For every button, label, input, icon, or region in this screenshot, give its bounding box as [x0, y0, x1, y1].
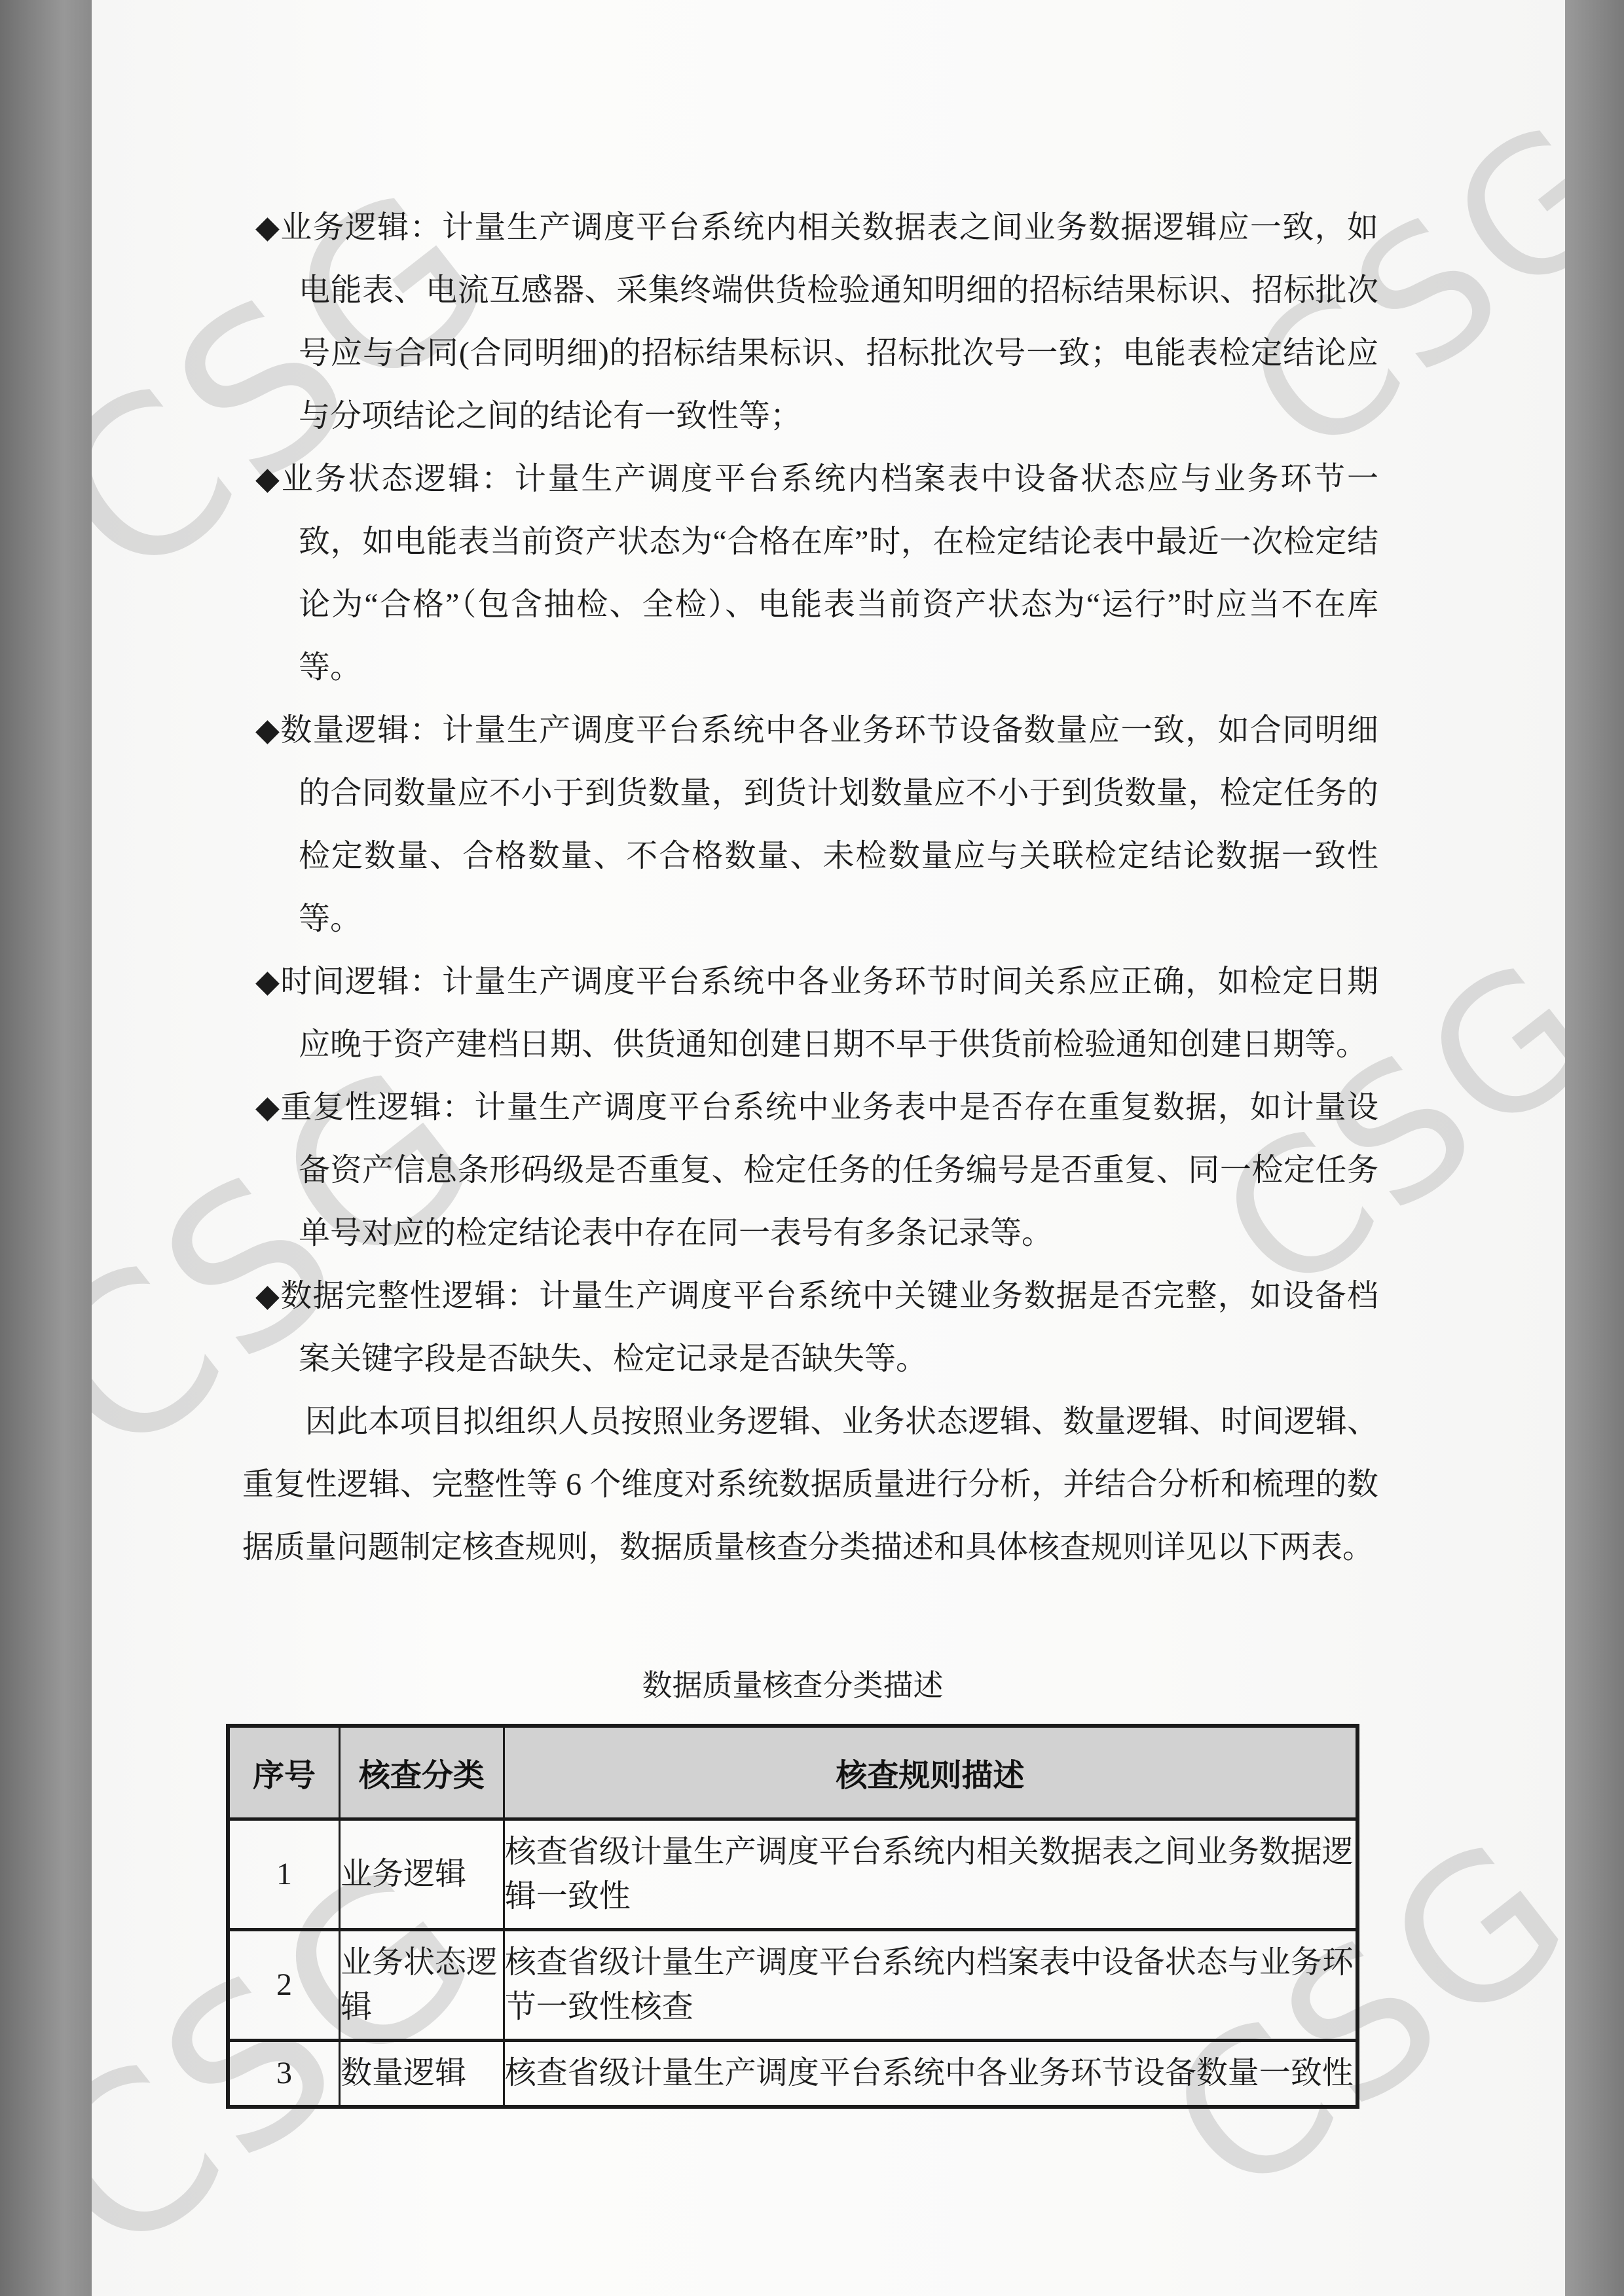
cell-description: 核查省级计量生产调度平台系统中各业务环节设备数量一致性 [504, 2041, 1357, 2107]
bullet-text: 数量逻辑：计量生产调度平台系统中各业务环节设备数量应一致，如合同明细的合同数量应… [280, 713, 1378, 936]
cell-category: 业务状态逻辑 [339, 1930, 504, 2041]
diamond-bullet-icon: ◆ [255, 462, 282, 496]
bullet-item: ◆重复性逻辑：计量生产调度平台系统中业务表中是否存在重复数据，如计量设备资产信息… [242, 1076, 1378, 1265]
bullet-text: 时间逻辑：计量生产调度平台系统中各业务环节时间关系应正确，如检定日期应晚于资产建… [280, 964, 1378, 1062]
header-cell-category: 核查分类 [339, 1726, 504, 1819]
bullet-item: ◆业务状态逻辑：计量生产调度平台系统内档案表中设备状态应与业务环节一致，如电能表… [242, 448, 1378, 699]
diamond-bullet-icon: ◆ [255, 1090, 280, 1125]
bullet-text: 业务逻辑：计量生产调度平台系统内相关数据表之间业务数据逻辑应一致，如电能表、电流… [280, 210, 1378, 433]
bullet-item: ◆数据完整性逻辑：计量生产调度平台系统中关键业务数据是否完整，如设备档案关键字段… [242, 1265, 1378, 1391]
bullet-text: 重复性逻辑：计量生产调度平台系统中业务表中是否存在重复数据，如计量设备资产信息条… [280, 1090, 1378, 1250]
document-page: CSG CSG CSG CSG CSG CSG ◆业务逻辑：计量生产调度平台系统… [92, 0, 1565, 2296]
cell-no: 1 [228, 1819, 339, 1930]
classification-table-block: 数据质量核查分类描述 序号 核查分类 核查规则描述 1 业务逻辑 核查省级计量生… [226, 1666, 1359, 2109]
diamond-bullet-icon: ◆ [255, 210, 280, 245]
diamond-bullet-icon: ◆ [255, 713, 280, 748]
table-header-row: 序号 核查分类 核查规则描述 [228, 1726, 1357, 1819]
header-cell-no: 序号 [228, 1726, 339, 1819]
bullet-text: 业务状态逻辑：计量生产调度平台系统内档案表中设备状态应与业务环节一致，如电能表当… [282, 462, 1378, 685]
header-cell-description: 核查规则描述 [504, 1726, 1357, 1819]
classification-table: 序号 核查分类 核查规则描述 1 业务逻辑 核查省级计量生产调度平台系统内相关数… [226, 1724, 1359, 2109]
bullet-item: ◆数量逻辑：计量生产调度平台系统中各业务环节设备数量应一致，如合同明细的合同数量… [242, 699, 1378, 951]
diamond-bullet-icon: ◆ [255, 964, 280, 999]
cell-category: 数量逻辑 [339, 2041, 504, 2107]
scan-border-left [0, 0, 92, 2296]
table-row: 1 业务逻辑 核查省级计量生产调度平台系统内相关数据表之间业务数据逻辑一致性 [228, 1819, 1357, 1930]
bullet-text: 数据完整性逻辑：计量生产调度平台系统中关键业务数据是否完整，如设备档案关键字段是… [280, 1279, 1378, 1376]
table-title: 数据质量核查分类描述 [226, 1666, 1359, 1705]
scan-border-right [1565, 0, 1624, 2296]
table-row: 3 数量逻辑 核查省级计量生产调度平台系统中各业务环节设备数量一致性 [228, 2041, 1357, 2107]
cell-category: 业务逻辑 [339, 1819, 504, 1930]
bullet-item: ◆业务逻辑：计量生产调度平台系统内相关数据表之间业务数据逻辑应一致，如电能表、电… [242, 196, 1378, 448]
diamond-bullet-icon: ◆ [255, 1279, 280, 1313]
cell-no: 3 [228, 2041, 339, 2107]
cell-description: 核查省级计量生产调度平台系统内相关数据表之间业务数据逻辑一致性 [504, 1819, 1357, 1930]
body-text: ◆业务逻辑：计量生产调度平台系统内相关数据表之间业务数据逻辑应一致，如电能表、电… [242, 196, 1378, 1579]
bullet-item: ◆时间逻辑：计量生产调度平台系统中各业务环节时间关系应正确，如检定日期应晚于资产… [242, 951, 1378, 1076]
table-row: 2 业务状态逻辑 核查省级计量生产调度平台系统内档案表中设备状态与业务环节一致性… [228, 1930, 1357, 2041]
cell-no: 2 [228, 1930, 339, 2041]
cell-description: 核查省级计量生产调度平台系统内档案表中设备状态与业务环节一致性核查 [504, 1930, 1357, 2041]
closing-paragraph: 因此本项目拟组织人员按照业务逻辑、业务状态逻辑、数量逻辑、时间逻辑、重复性逻辑、… [242, 1391, 1378, 1579]
